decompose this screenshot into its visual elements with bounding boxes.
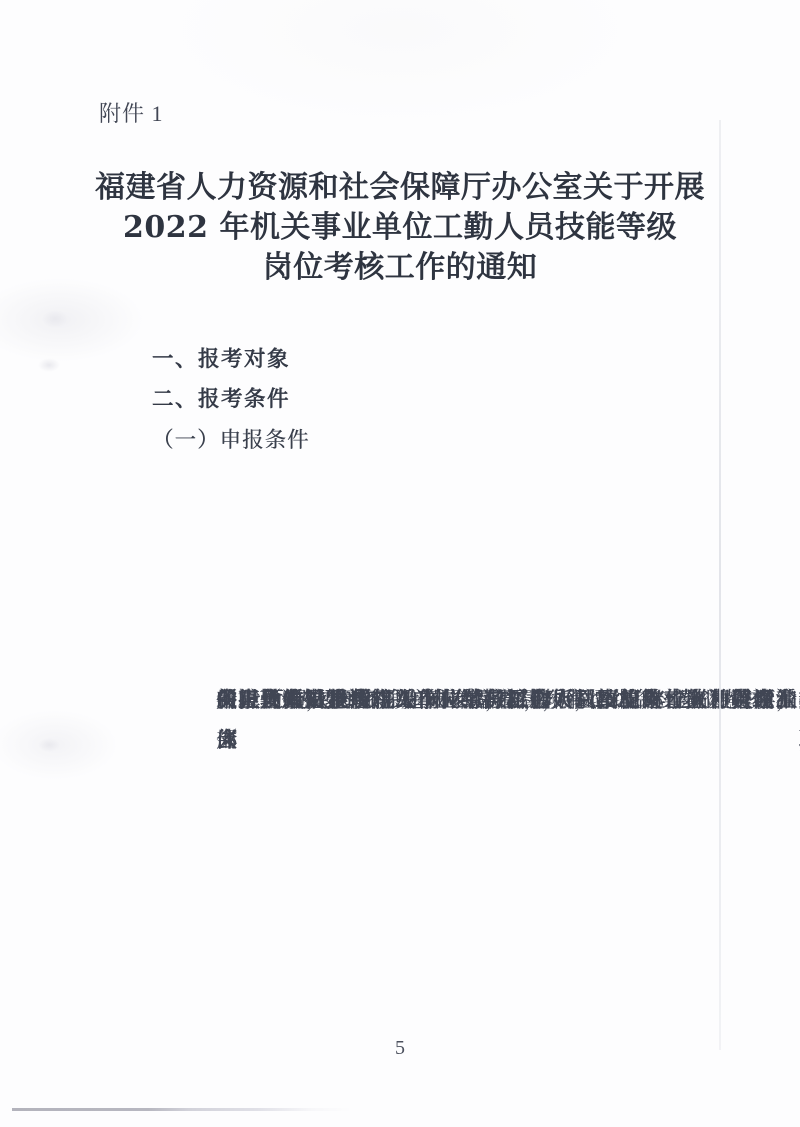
page-number: 5 (0, 1028, 800, 1068)
document-line: 一、报考对象 (108, 340, 712, 380)
scan-speck (38, 738, 60, 752)
document-title: 福建省人力资源和社会保障厅办公室关于开展 2022 年机关事业单位工勤人员技能等… (0, 168, 800, 288)
document-line: （一）申报条件 (108, 420, 712, 460)
document-line: 二、报考条件 (108, 380, 712, 420)
title-line-3: 岗位考核工作的通知 (0, 248, 800, 288)
scan-speck (38, 358, 60, 372)
scan-edge-vertical-line (719, 120, 721, 1050)
document-line: 申报条件如下： (216, 680, 800, 720)
scan-edge-bottom-line (12, 1108, 352, 1111)
scan-speck (42, 310, 68, 328)
scanned-document-page: 附件 1 福建省人力资源和社会保障厅办公室关于开展 2022 年机关事业单位工勤… (0, 0, 800, 1127)
title-line-2: 2022 年机关事业单位工勤人员技能等级 (0, 208, 800, 248)
document-body: 各设区市人力资源和社会保障局，平潭综合实验区党群工作部，省直及中央驻闽有关单位人… (108, 340, 712, 460)
title-line-1: 福建省人力资源和社会保障厅办公室关于开展 (0, 168, 800, 208)
attachment-label: 附件 1 (99, 96, 164, 132)
